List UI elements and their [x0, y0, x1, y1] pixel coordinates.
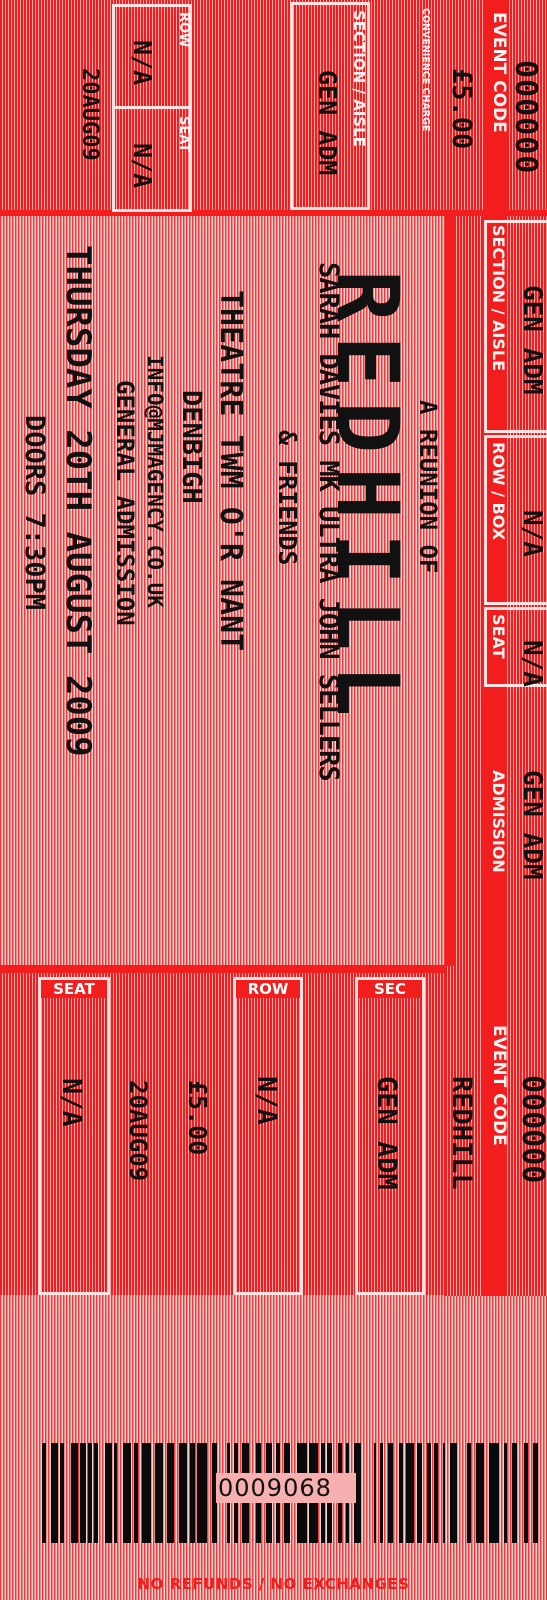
barcode-bar [167, 1443, 174, 1543]
no-refunds-notice: NO REFUNDS / NO EXCHANGES [0, 1575, 547, 1593]
contact-email[interactable]: INFO@MJMAGENCY.CO.UK [144, 355, 165, 608]
top-event-code-value: 000000 [510, 60, 540, 174]
barcode-gap [457, 1443, 467, 1543]
bottom-date-code: 20AUG09 [126, 1080, 150, 1181]
side-section-value: GEN ADM [519, 285, 545, 395]
bottom-row-box [233, 977, 303, 1295]
top-seat-label: SEAT [177, 116, 190, 152]
barcode-number: 0009068 [218, 1474, 332, 1502]
admission-type: GENERAL ADMISSION [113, 380, 137, 626]
side-band-edge [445, 216, 455, 966]
barcode-bar [155, 1443, 164, 1543]
artists-line-2: & FRIENDS [275, 430, 300, 565]
side-row-label: ROW / BOX [490, 442, 506, 540]
bottom-sec-label: SEC [358, 980, 422, 998]
top-event-code-label: EVENT CODE [490, 12, 507, 133]
bottom-sec-value: GEN ADM [373, 1076, 400, 1190]
artists-line-1: SARAH DAVIES MK ULTRA JOHN SELLERS [315, 262, 342, 781]
bottom-row-label: ROW [236, 980, 300, 998]
top-date-code: 20AUG09 [78, 68, 100, 161]
bottom-seat-value: N/A [58, 1078, 85, 1127]
venue-town: DENBIGH [178, 390, 205, 504]
doors-time: DOORS 7:30PM [21, 415, 48, 610]
barcode-gap [64, 1443, 71, 1543]
barcode-bar [179, 1443, 186, 1543]
barcode-bar [105, 1443, 112, 1543]
side-admission-value: GEN ADM [519, 770, 545, 880]
bottom-seat-box [38, 977, 110, 1295]
barcode-bar [489, 1443, 499, 1543]
barcode-gap [538, 1443, 542, 1543]
side-row-value: N/A [519, 510, 545, 557]
event-subtitle: A REUNION OF [416, 400, 440, 573]
barcode-bar [476, 1443, 485, 1543]
bottom-row-value: N/A [253, 1076, 280, 1125]
bottom-event-code-value: 000000 [517, 1075, 547, 1183]
barcode-bar [450, 1443, 457, 1543]
top-section-value: GEN ADM [315, 70, 340, 175]
bottom-seat-label: SEAT [41, 980, 107, 998]
side-section-label: SECTION / AISLE [490, 225, 506, 371]
barcode-bar [71, 1443, 78, 1543]
bottom-event-code-label: EVENT CODE [490, 1025, 507, 1146]
side-seat-label: SEAT [490, 614, 506, 659]
top-row-value: N/A [130, 40, 155, 85]
top-price: £5.00 [448, 68, 475, 149]
top-section-label: SECTION / AISLE [351, 10, 366, 147]
barcode-bar [51, 1443, 58, 1543]
event-date: THURSDAY 20TH AUGUST 2009 [61, 245, 95, 757]
side-seat-value: N/A [519, 640, 545, 687]
barcode-gap [98, 1443, 105, 1543]
barcode-bar [197, 1443, 207, 1543]
bottom-price: £5.00 [185, 1080, 210, 1155]
barcode-bar [123, 1443, 130, 1543]
convenience-charge-label: CONVENIENCE CHARGE [421, 8, 431, 131]
top-seat-value: N/A [130, 143, 155, 188]
barcode-gap [517, 1443, 524, 1543]
barcode-gap [361, 1443, 373, 1543]
side-admission-label: ADMISSION [490, 770, 506, 873]
barcode-bar [406, 1443, 413, 1543]
venue-name: THEATRE TWM O'R NANT [215, 290, 245, 651]
bottom-stub-divider [0, 965, 445, 973]
top-row-label: ROW [177, 12, 190, 47]
bottom-event-name: REDHILL [448, 1076, 475, 1190]
row-seat-divider [112, 106, 192, 109]
barcode-bar [142, 1443, 152, 1543]
